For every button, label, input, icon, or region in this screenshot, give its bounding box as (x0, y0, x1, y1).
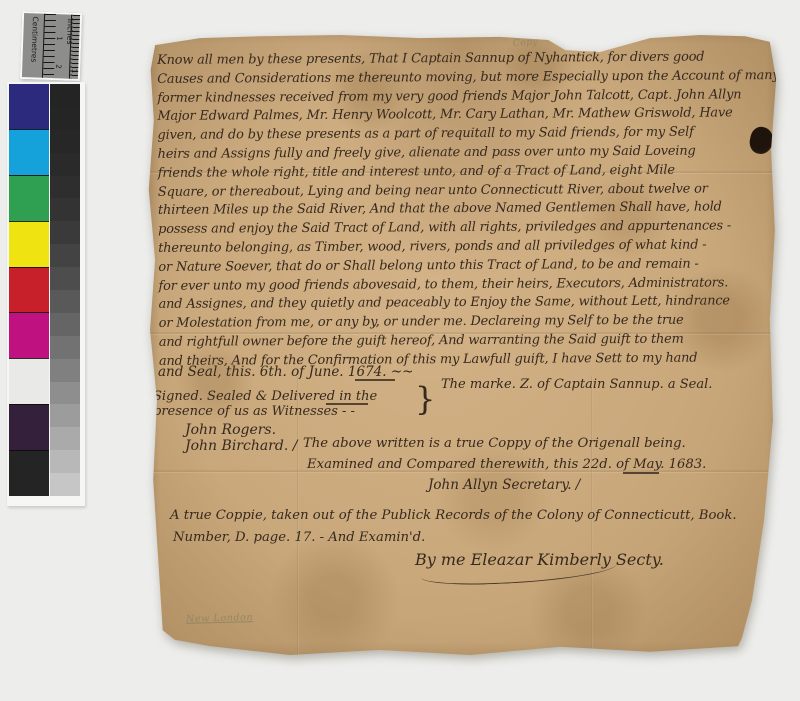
gray-step (50, 198, 80, 221)
ruler-number-cm-2: 2 (54, 64, 62, 69)
pencil-location-annotation: New London (186, 612, 253, 625)
eleazar-kimberly-signature: By me Eleazar Kimberly Secty. (415, 550, 664, 569)
manuscript-document: Copy New London Know all men by these pr… (145, 28, 778, 660)
yellow-patch (9, 221, 49, 267)
white-patch (9, 358, 49, 404)
underline-1683 (623, 472, 659, 474)
calibration-color-bar (7, 82, 85, 506)
gray-step (50, 359, 80, 382)
witness-john-rogers: John Rogers. (185, 422, 276, 438)
manuscript-document-wrap: Copy New London Know all men by these pr… (145, 28, 778, 660)
manuscript-line: heirs and Assigns fully and freely give,… (158, 142, 772, 165)
gray-step (50, 382, 80, 405)
gray-step (50, 130, 80, 153)
closing-line: and Seal, this. 6th. of June. 1674. ~~ (158, 364, 413, 380)
record-note-line-2: Number, D. page. 17. - And Examin'd. (173, 530, 425, 545)
gray-step (50, 427, 80, 450)
ruler-number-cm-1: 1 (55, 36, 63, 41)
john-allyn-signature: John Allyn Secretary. / (428, 477, 580, 493)
calibration-ruler: Inches Centimetres 1 2 1 (20, 11, 82, 81)
gray-step (50, 404, 80, 427)
record-note-line-1: A true Coppie, taken out of the Publick … (170, 508, 737, 523)
ruler-number-inch-1: 1 (70, 69, 78, 74)
ruler-label-centimetres: Centimetres (29, 16, 40, 62)
gray-step (50, 290, 80, 313)
pencil-copy-annotation: Copy (513, 37, 539, 49)
gray-step (50, 313, 80, 336)
underline-in-the (326, 403, 368, 405)
witnesses-line: presence of us as Witnesses - - (153, 404, 355, 419)
scan-page: { "scan_background": "#ededeb", "calibra… (0, 0, 800, 701)
manuscript-body: Know all men by these presents, That I C… (157, 48, 773, 371)
color-column (9, 84, 49, 496)
sannup-mark-line: The marke. Z. of Captain Sannup. a Seal. (441, 377, 712, 392)
ruler-label-inches: Inches (65, 19, 75, 45)
red-patch (9, 267, 49, 313)
dark-plum-patch (9, 404, 49, 450)
gray-step (50, 176, 80, 199)
magenta-patch (9, 312, 49, 358)
signed-sealed-line: Signed. Sealed & Delivered in the (153, 389, 377, 404)
underline-1674 (355, 379, 395, 381)
black-patch (9, 450, 49, 496)
gray-step (50, 153, 80, 176)
gray-step (50, 473, 80, 496)
gray-step (50, 336, 80, 359)
witness-brace: } (415, 380, 435, 418)
green-patch (9, 175, 49, 221)
gray-step (50, 107, 80, 130)
gray-step (50, 450, 80, 473)
cyan-patch (9, 129, 49, 175)
certification-line-1: The above written is a true Coppy of the… (303, 436, 686, 451)
gray-step (50, 221, 80, 244)
certification-line-2: Examined and Compared therewith, this 22… (307, 457, 706, 472)
gray-step (50, 267, 80, 290)
gray-step (50, 244, 80, 267)
witness-john-birchard: John Birchard. / (185, 438, 297, 454)
gray-column (50, 84, 80, 496)
blue-patch (9, 84, 49, 129)
gray-step (50, 84, 80, 107)
